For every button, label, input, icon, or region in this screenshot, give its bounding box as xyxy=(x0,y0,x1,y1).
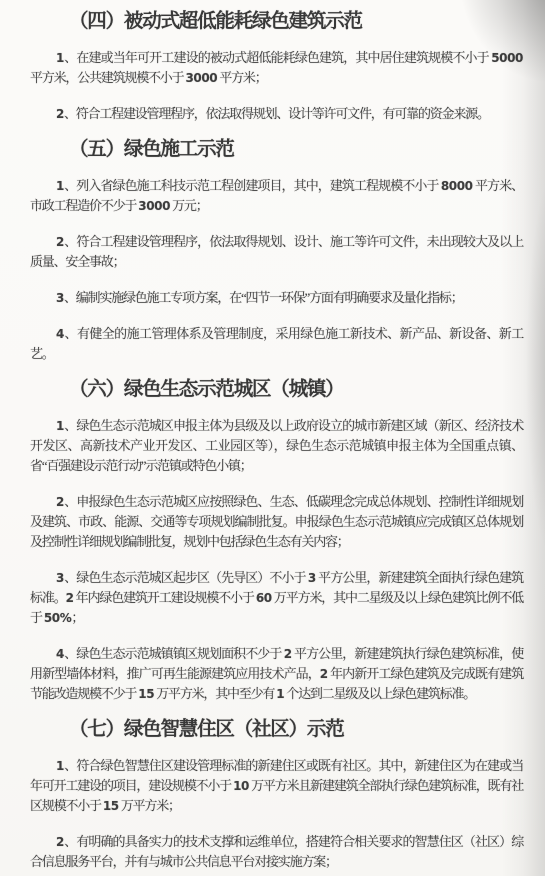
paragraph: 4、有健全的施工管理体系及管理制度，采用绿色施工新技术、新产品、新设备、新工艺。 xyxy=(30,324,523,364)
document-page: （四）被动式超低能耗绿色建筑示范 1、在建或当年可开工建设的被动式超低能耗绿色建… xyxy=(0,0,545,876)
paragraph: 3、绿色生态示范城区起步区（先导区）不小于 3 平方公里，新建建筑全面执行绿色建… xyxy=(30,568,523,628)
section-heading: （四）被动式超低能耗绿色建筑示范 xyxy=(30,12,523,32)
paragraph: 2、申报绿色生态示范城区应按照绿色、生态、低碳理念完成总体规划、控制性详细规划及… xyxy=(30,492,523,552)
paragraph: 1、在建或当年可开工建设的被动式超低能耗绿色建筑，其中居住建筑规模不小于 500… xyxy=(30,48,523,88)
paragraph: 3、编制实施绿色施工专项方案，在“四节一环保”方面有明确要求及量化指标； xyxy=(30,288,523,308)
section-7-green-smart-community: （七）绿色智慧住区（社区）示范 1、符合绿色智慧住区建设管理标准的新建住区或既有… xyxy=(30,720,523,872)
paragraph: 2、符合工程建设管理程序，依法取得规划、设计等许可文件，有可靠的资金来源。 xyxy=(30,104,523,124)
section-4-passive-ultra-low-energy: （四）被动式超低能耗绿色建筑示范 1、在建或当年可开工建设的被动式超低能耗绿色建… xyxy=(30,12,523,124)
paragraph: 4、绿色生态示范城镇镇区规划面积不少于 2 平方公里，新建建筑执行绿色建筑标准，… xyxy=(30,644,523,704)
paragraph: 1、列入省绿色施工科技示范工程创建项目，其中，建筑工程规模不小于 8000 平方… xyxy=(30,176,523,216)
section-6-green-eco-demo-district: （六）绿色生态示范城区（城镇） 1、绿色生态示范城区申报主体为县级及以上政府设立… xyxy=(30,380,523,704)
paragraph: 1、符合绿色智慧住区建设管理标准的新建住区或既有社区。其中，新建住区为在建或当年… xyxy=(30,756,523,816)
paragraph: 2、有明确的具备实力的技术支撑和运维单位，搭建符合相关要求的智慧住区（社区）综合… xyxy=(30,832,523,872)
section-heading: （七）绿色智慧住区（社区）示范 xyxy=(30,720,523,740)
section-heading: （五）绿色施工示范 xyxy=(30,140,523,160)
section-heading: （六）绿色生态示范城区（城镇） xyxy=(30,380,523,400)
paragraph: 1、绿色生态示范城区申报主体为县级及以上政府设立的城市新建区域（新区、经济技术开… xyxy=(30,416,523,476)
paragraph: 2、符合工程建设管理程序，依法取得规划、设计、施工等许可文件，未出现较大及以上质… xyxy=(30,232,523,272)
section-5-green-construction: （五）绿色施工示范 1、列入省绿色施工科技示范工程创建项目，其中，建筑工程规模不… xyxy=(30,140,523,364)
